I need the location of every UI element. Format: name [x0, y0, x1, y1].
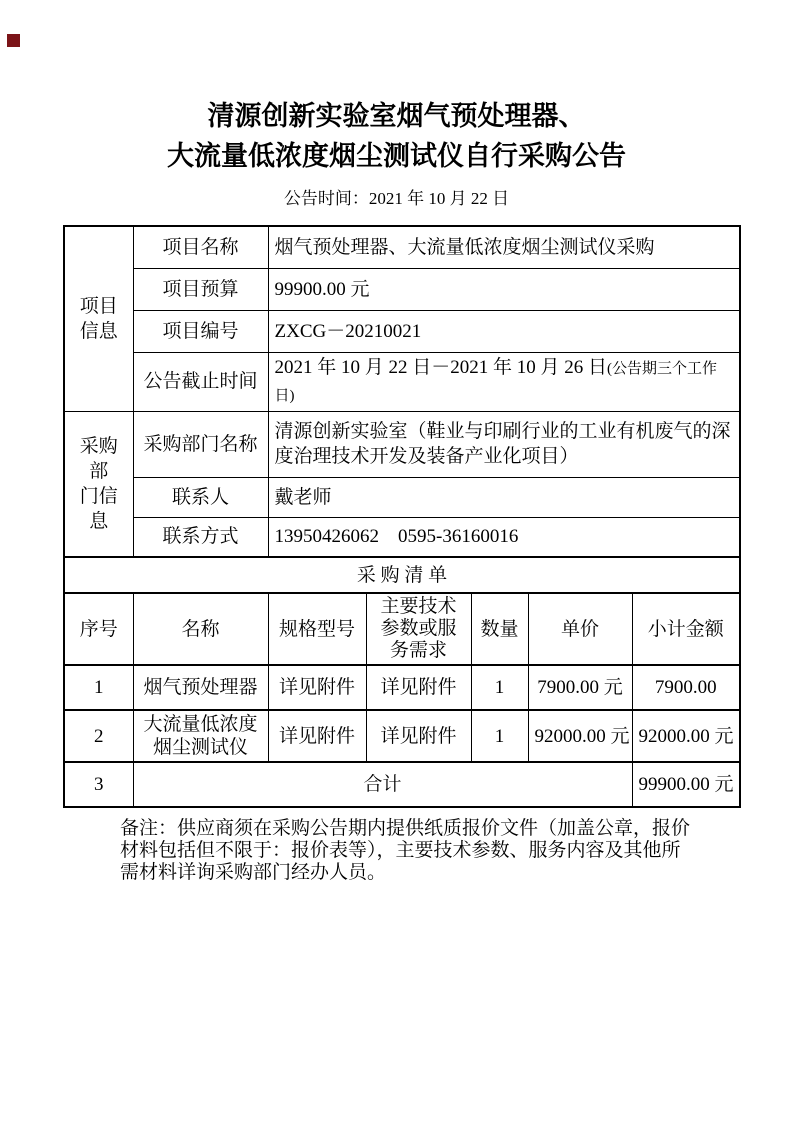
field-label-project-name: 项目名称 — [133, 226, 268, 268]
item-unit-price: 7900.00 元 — [528, 665, 632, 710]
table-row: 项目编号 ZXCG－20210021 — [64, 310, 740, 352]
item-spec: 详见附件 — [268, 665, 366, 710]
page-title-line2: 大流量低浓度烟尘测试仪自行采购公告 — [0, 136, 793, 176]
purchase-list-title: 采 购 清 单 — [64, 557, 740, 593]
remark-note: 备注：供应商须在采购公告期内提供纸质报价文件（加盖公章，报价材料包括但不限于：报… — [120, 818, 698, 884]
item-no: 2 — [64, 710, 133, 762]
field-value-project-number: ZXCG－20210021 — [268, 310, 740, 352]
purchase-list-header-row: 序号 名称 规格型号 主要技术参数或服务需求 数量 单价 小计金额 — [64, 593, 740, 665]
field-label-contact-method: 联系方式 — [133, 517, 268, 557]
total-label: 合计 — [133, 762, 632, 807]
item-row: 1 烟气预处理器 详见附件 详见附件 1 7900.00 元 7900.00 — [64, 665, 740, 710]
total-no: 3 — [64, 762, 133, 807]
item-tech: 详见附件 — [366, 665, 471, 710]
field-label-project-number: 项目编号 — [133, 310, 268, 352]
section-label-department-info: 采购部 门信息 — [64, 411, 133, 557]
header-qty: 数量 — [471, 593, 528, 665]
field-value-contact-person: 戴老师 — [268, 477, 740, 517]
header-spec: 规格型号 — [268, 593, 366, 665]
deadline-dates: 2021 年 10 月 22 日－2021 年 10 月 26 日 — [275, 357, 608, 378]
field-value-project-name: 烟气预处理器、大流量低浓度烟尘测试仪采购 — [268, 226, 740, 268]
table-row: 项目预算 99900.00 元 — [64, 268, 740, 310]
page-title: 清源创新实验室烟气预处理器、 大流量低浓度烟尘测试仪自行采购公告 — [0, 0, 793, 176]
header-tech: 主要技术参数或服务需求 — [366, 593, 471, 665]
field-label-department-name: 采购部门名称 — [133, 411, 268, 477]
field-value-contact-method: 13950426062 0595-36160016 — [268, 517, 740, 557]
table-row: 公告截止时间 2021 年 10 月 22 日－2021 年 10 月 26 日… — [64, 352, 740, 411]
item-subtotal: 92000.00 元 — [632, 710, 740, 762]
item-name: 大流量低浓度烟尘测试仪 — [133, 710, 268, 762]
header-tech-text: 主要技术参数或服务需求 — [379, 596, 459, 662]
page-title-line1: 清源创新实验室烟气预处理器、 — [0, 96, 793, 136]
total-row: 3 合计 99900.00 元 — [64, 762, 740, 807]
header-subtotal: 小计金额 — [632, 593, 740, 665]
item-qty: 1 — [471, 665, 528, 710]
table-row: 联系人 戴老师 — [64, 477, 740, 517]
field-value-project-budget: 99900.00 元 — [268, 268, 740, 310]
field-label-deadline: 公告截止时间 — [133, 352, 268, 411]
field-value-department-name: 清源创新实验室（鞋业与印刷行业的工业有机废气的深度治理技术开发及装备产业化项目） — [268, 411, 740, 477]
announce-time: 公告时间：2021 年 10 月 22 日 — [0, 189, 793, 209]
item-qty: 1 — [471, 710, 528, 762]
field-value-deadline: 2021 年 10 月 22 日－2021 年 10 月 26 日(公告期三个工… — [268, 352, 740, 411]
item-spec: 详见附件 — [268, 710, 366, 762]
table-row: 项目 信息 项目名称 烟气预处理器、大流量低浓度烟尘测试仪采购 — [64, 226, 740, 268]
header-no: 序号 — [64, 593, 133, 665]
item-no: 1 — [64, 665, 133, 710]
item-name: 烟气预处理器 — [133, 665, 268, 710]
purchase-list-title-row: 采 购 清 单 — [64, 557, 740, 593]
header-unit-price: 单价 — [528, 593, 632, 665]
announcement-table: 项目 信息 项目名称 烟气预处理器、大流量低浓度烟尘测试仪采购 项目预算 999… — [63, 225, 741, 808]
header-name: 名称 — [133, 593, 268, 665]
red-square-marker — [7, 34, 20, 47]
item-tech: 详见附件 — [366, 710, 471, 762]
total-amount: 99900.00 元 — [632, 762, 740, 807]
item-unit-price: 92000.00 元 — [528, 710, 632, 762]
section-label-project-info: 项目 信息 — [64, 226, 133, 411]
table-row: 采购部 门信息 采购部门名称 清源创新实验室（鞋业与印刷行业的工业有机废气的深度… — [64, 411, 740, 477]
table-row: 联系方式 13950426062 0595-36160016 — [64, 517, 740, 557]
item-row: 2 大流量低浓度烟尘测试仪 详见附件 详见附件 1 92000.00 元 920… — [64, 710, 740, 762]
field-label-contact-person: 联系人 — [133, 477, 268, 517]
document-page: { "decor": { "marker_color": "#7b1418" }… — [0, 0, 793, 1122]
field-label-project-budget: 项目预算 — [133, 268, 268, 310]
item-subtotal: 7900.00 — [632, 665, 740, 710]
